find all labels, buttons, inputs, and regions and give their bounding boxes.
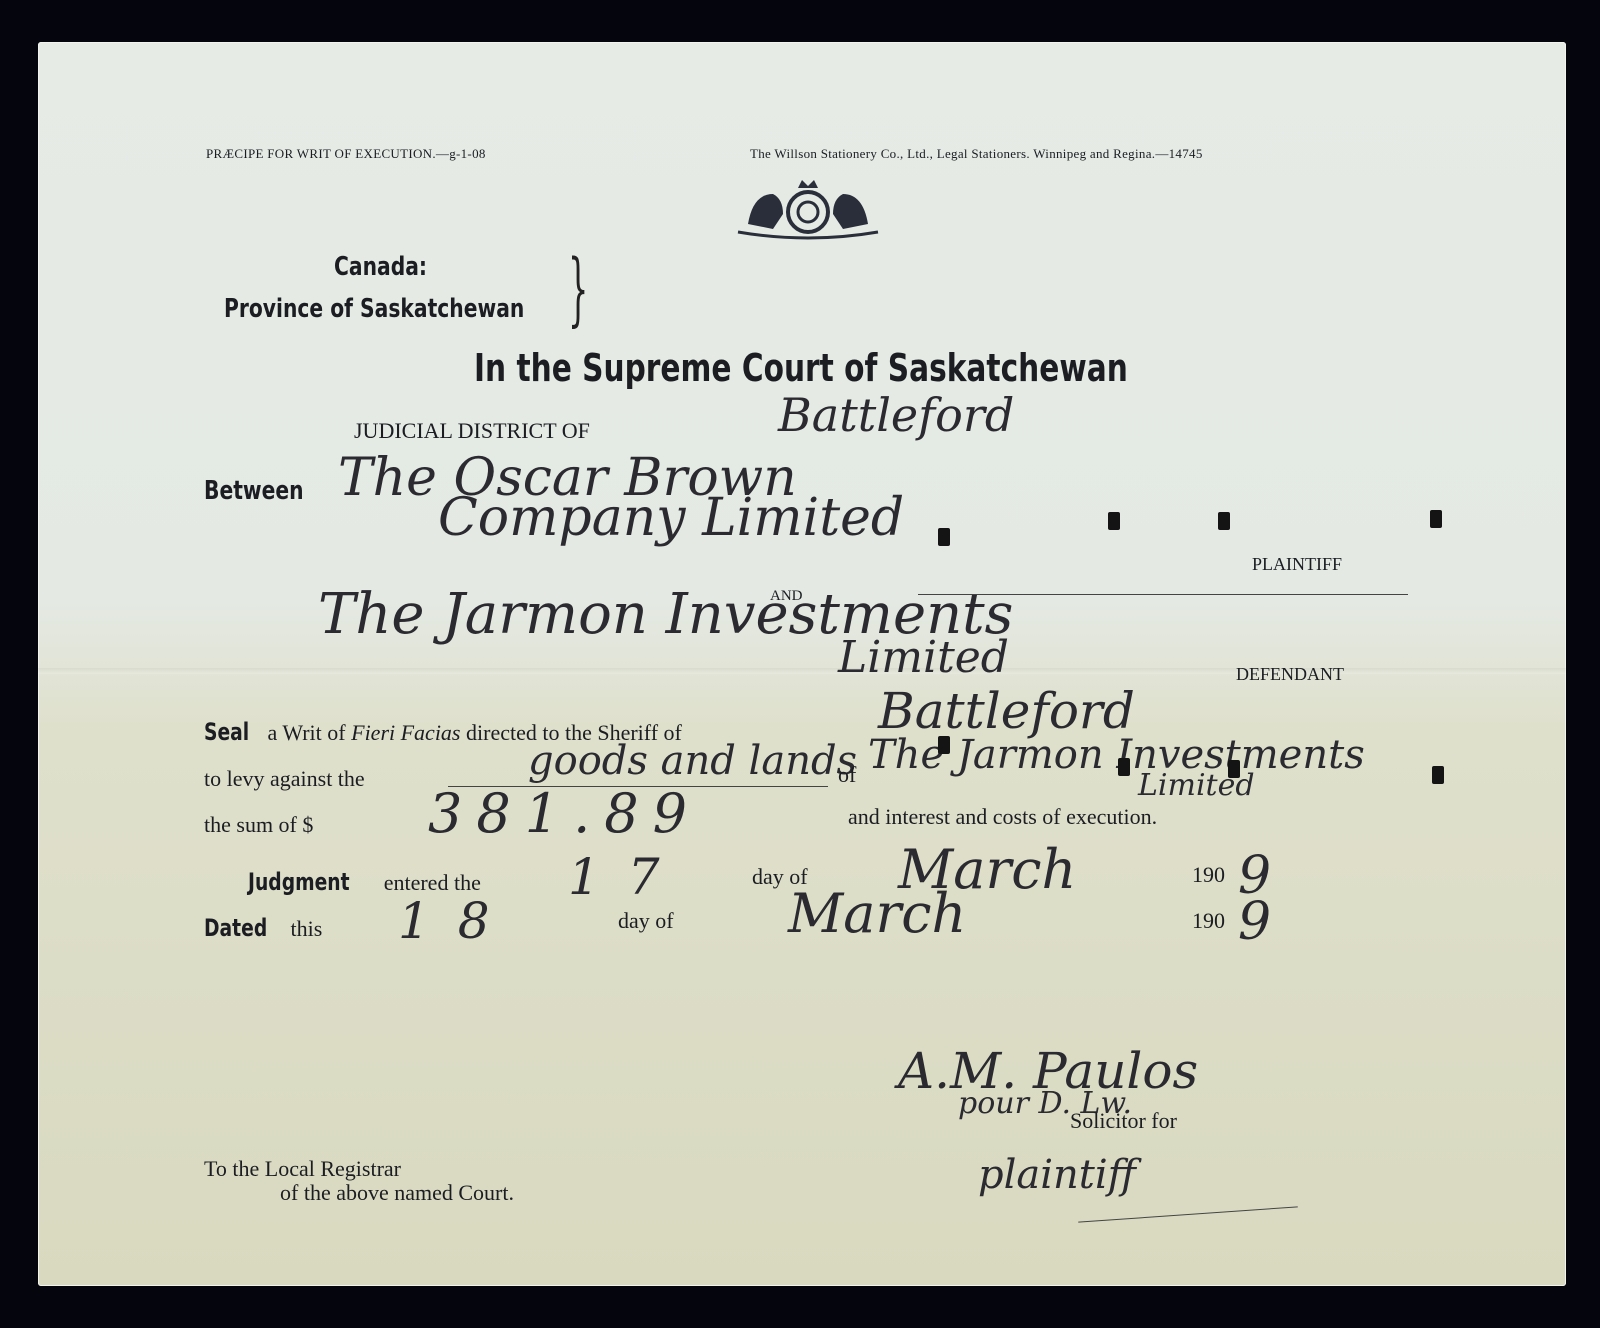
levy-value: goods and lands <box>528 738 857 784</box>
of-label: of <box>838 762 856 788</box>
country-label: Canada: <box>334 252 427 282</box>
sum-value: 381.89 <box>428 782 701 845</box>
rule-line <box>1078 1206 1298 1222</box>
seal-word: Seal <box>204 718 249 746</box>
punch-hole <box>1108 512 1120 530</box>
writ-document: PRÆCIPE FOR WRIT OF EXECUTION.—g-1-08 Th… <box>38 42 1566 1286</box>
dated-line: Dated this <box>204 914 322 942</box>
levy-label: to levy against the <box>204 766 365 792</box>
form-number: PRÆCIPE FOR WRIT OF EXECUTION.—g-1-08 <box>206 146 486 162</box>
punch-hole <box>1432 766 1444 784</box>
addressee-line1: To the Local Registrar <box>204 1156 401 1182</box>
dated-text: this <box>291 916 323 941</box>
stationer-imprint: The Willson Stationery Co., Ltd., Legal … <box>750 146 1203 162</box>
brace-icon: } <box>568 242 588 335</box>
punch-hole <box>1430 510 1442 528</box>
judicial-district-value: Battleford <box>778 388 1014 442</box>
province-label: Province of Saskatchewan <box>224 294 524 324</box>
royal-coat-of-arms-icon <box>718 174 898 244</box>
judgment-label: Judgment <box>248 868 350 896</box>
addressee-line2: of the above named Court. <box>280 1180 514 1206</box>
punch-hole <box>1228 760 1240 778</box>
plaintiff-name-line2: Company Limited <box>438 488 904 548</box>
punch-hole <box>1118 758 1130 776</box>
judgment-day: 17 <box>568 848 688 906</box>
dated-year-suffix: 9 <box>1238 892 1271 952</box>
punch-hole <box>938 736 950 754</box>
dated-day: 18 <box>398 892 518 950</box>
judicial-district-label: JUDICIAL DISTRICT OF <box>354 418 590 444</box>
dated-month: March <box>788 882 966 945</box>
between-label: Between <box>204 476 304 506</box>
court-title: In the Supreme Court of Saskatchewan <box>474 346 1128 390</box>
punch-hole <box>938 528 950 546</box>
fieri-facias: Fieri Facias <box>351 720 460 745</box>
solicitor-label: Solicitor for <box>1070 1108 1177 1134</box>
plaintiff-label: PLAINTIFF <box>1252 554 1342 575</box>
sum-label: the sum of $ <box>204 812 313 838</box>
sum-suffix: and interest and costs of execution. <box>848 804 1157 830</box>
writ-text-a: a Writ of <box>267 720 345 745</box>
dated-day-of: day of <box>618 908 674 934</box>
solicitor-for-value: plaintiff <box>978 1152 1136 1198</box>
defendant-name-line2: Limited <box>838 632 1009 683</box>
punch-hole <box>1218 512 1230 530</box>
dated-label: Dated <box>204 914 267 942</box>
judgment-year-prefix: 190 <box>1192 862 1225 888</box>
defendant-label: DEFENDANT <box>1236 664 1344 685</box>
dated-year-prefix: 190 <box>1192 908 1225 934</box>
